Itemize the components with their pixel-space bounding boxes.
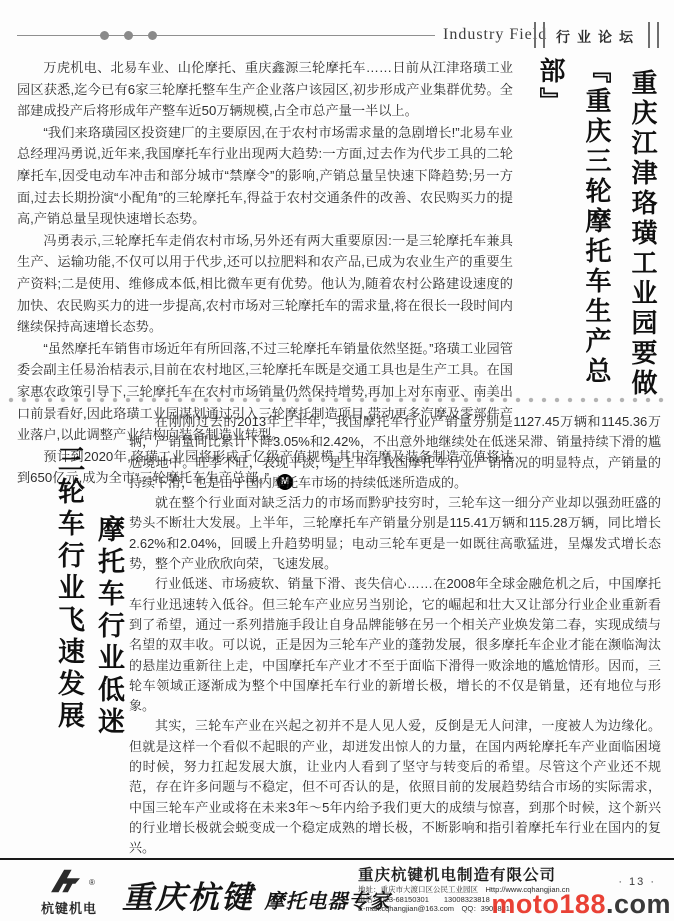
paragraph: 冯勇表示,三轮摩托车走俏农村市场,另外还有两大重要原因:一是三轮摩托车兼具生产、… <box>17 230 513 338</box>
slogan-brand: 重庆杭键 <box>122 880 254 915</box>
hangjian-logo-icon <box>43 882 89 899</box>
registered-trademark-symbol: ® <box>89 878 95 887</box>
double-bar-divider <box>648 22 659 48</box>
page-header: Industry Field 行业论坛 <box>0 20 674 52</box>
company-full-name: 重庆杭键机电制造有限公司 <box>358 863 608 885</box>
header-dot-icon <box>100 31 109 40</box>
paragraph: 在刚刚过去的2013年上半年，我国摩托车行业产销量分别是1127.45万辆和11… <box>129 412 661 493</box>
logo-company-short-name: 杭键机电 <box>26 898 112 917</box>
header-rule-line <box>17 35 435 36</box>
article-tricycle-industry-growth: 摩托车行业低迷 三轮车行业飞速发展 在刚刚过去的2013年上半年，我国摩托车行业… <box>17 412 665 901</box>
paragraph: 就在整个行业面对缺乏活力的市场而黔驴技穷时，三轮车这一细分产业却以强劲旺盛的势头… <box>129 493 661 574</box>
paragraph: 其实，三轮车产业在兴起之初并不是人见人爱，反倒是无人问津，一度被人为边缘化。但就… <box>129 716 661 858</box>
title-column-right: 重庆江津珞璜工业园要做 <box>619 57 665 402</box>
magazine-page: Industry Field 行业论坛 万虎机电、北易车业、山伦摩托、重庆鑫源三… <box>0 0 674 921</box>
watermark-domain: moto188 <box>491 889 606 919</box>
footer-slogan: 重庆杭键 摩托电器专家 <box>122 872 390 917</box>
article-vertical-title: 重庆江津珞璜工业园要做 『重庆三轮摩托车生产总部』 <box>527 57 665 402</box>
title-column-left: 三轮车行业飞速发展 <box>49 412 89 832</box>
section-label-english: Industry Field <box>443 26 547 44</box>
article-vertical-title: 摩托车行业低迷 三轮车行业飞速发展 <box>17 412 129 832</box>
header-dot-icon <box>148 31 157 40</box>
watermark-tld: .com <box>606 889 671 919</box>
dotted-section-divider <box>8 397 668 403</box>
page-number: · 13 · <box>618 876 656 888</box>
title-column-right: 摩托车行业低迷 <box>89 412 129 832</box>
moto188-watermark: moto188.com <box>491 889 671 920</box>
title-column-left: 『重庆三轮摩托车生产总部』 <box>527 57 619 402</box>
paragraph: 行业低迷、市场疲软、销量下滑、丧失信心……在2008年全球金融危机之后，中国摩托… <box>129 574 661 716</box>
section-label-chinese: 行业论坛 <box>556 27 640 47</box>
double-bar-divider <box>534 22 545 48</box>
header-dot-icon <box>124 31 133 40</box>
paragraph: 万虎机电、北易车业、山伦摩托、重庆鑫源三轮摩托车……日前从江津珞璜工业园区获悉,… <box>17 57 513 122</box>
paragraph: “我们来珞璜园区投资建厂的主要原因,在于农村市场需求量的急剧增长!”北易车业总经… <box>17 122 513 230</box>
article-body: 在刚刚过去的2013年上半年，我国摩托车行业产销量分别是1127.45万辆和11… <box>129 412 661 901</box>
hangjian-logo: ® 杭键机电 <box>26 867 112 917</box>
